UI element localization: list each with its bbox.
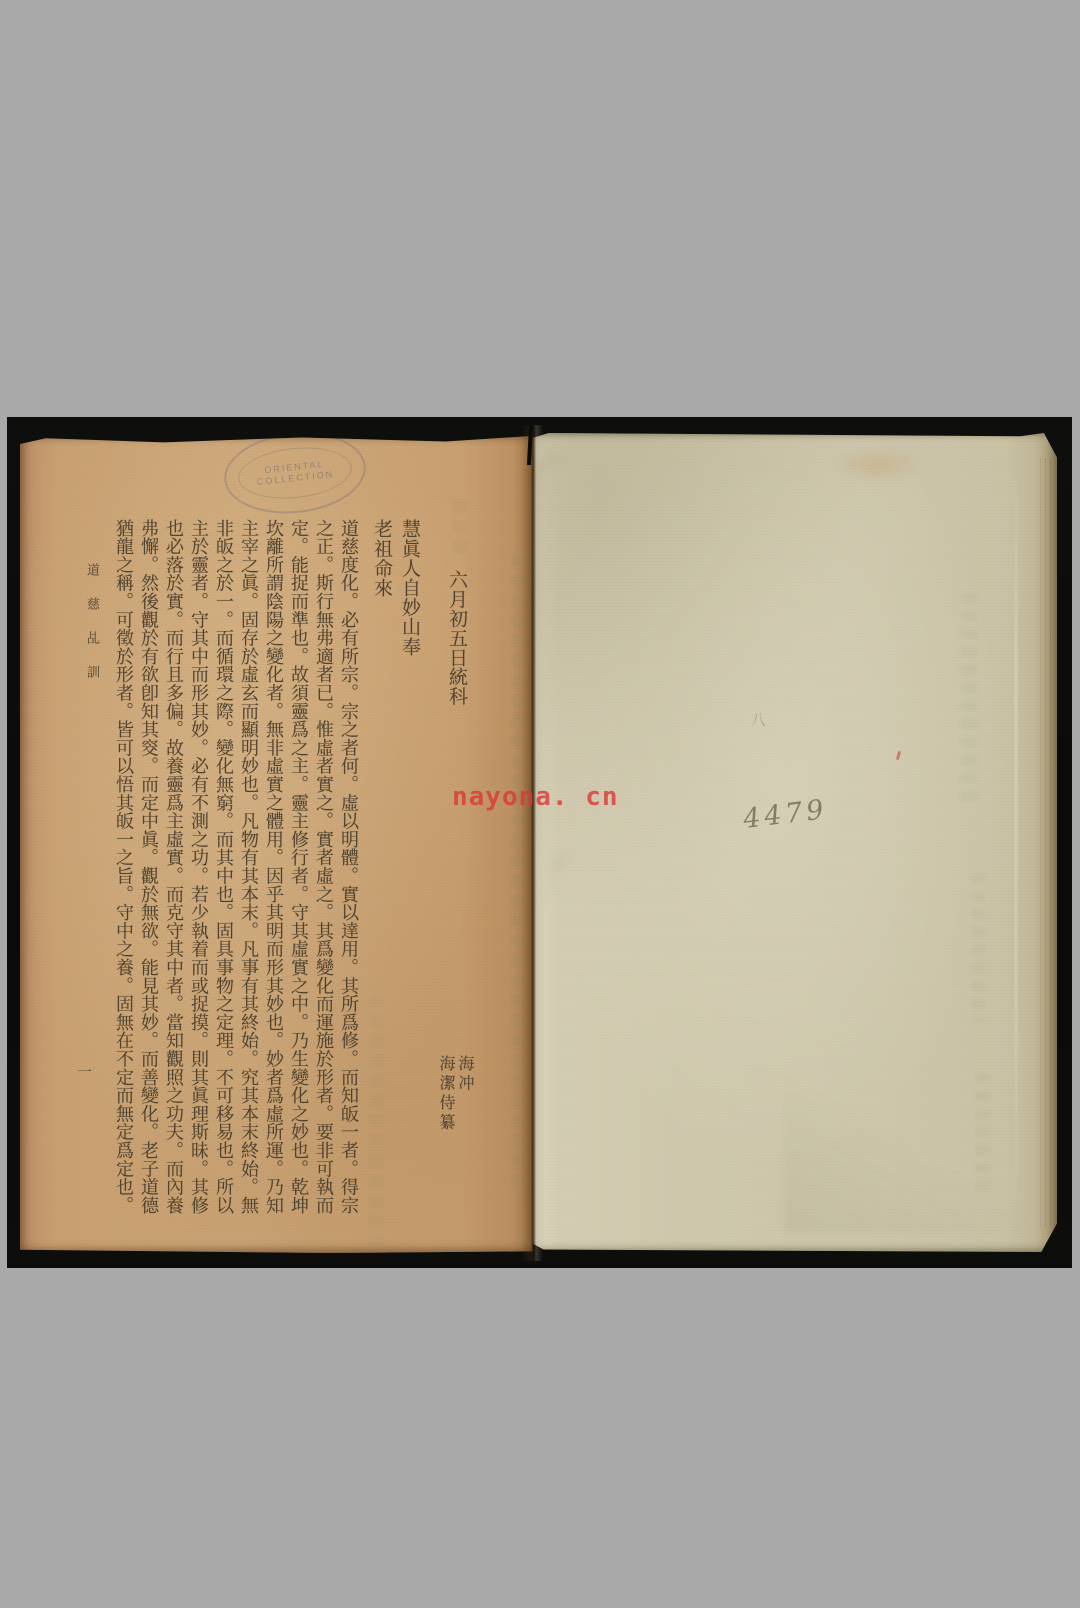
byline-column-revelator: 慧眞人自妙山奉 [400, 519, 419, 656]
scanned-book-screenshot: ORIENTAL COLLECTION 六月初五日統科 慧眞人自妙山奉 老祖命來… [0, 0, 1080, 1608]
page-number: 一 [77, 1061, 92, 1082]
paper-crease [1015, 449, 1017, 1235]
body-text-column: 坎離所謂陰陽之變化者。無非虛實之體用。因乎其明而形其妙也。妙者爲虛所運。乃知 [264, 519, 282, 1229]
compiler-column-1: 海冲 [457, 1055, 473, 1133]
byline-column-order: 老祖命來 [372, 519, 391, 597]
body-text-column: 非皈之於一。而循環之際。變化無窮。而其中也。固具事物之定理。不可移易也。所以 [214, 519, 232, 1229]
pencil-mark: 八 [751, 709, 766, 730]
red-fleck [896, 751, 901, 760]
paper-stain [833, 447, 923, 483]
paper-wrinkle [553, 853, 753, 1153]
paper-wrinkle [539, 453, 779, 673]
ghost-show-through [511, 555, 525, 1195]
body-text-column: 道慈度化。必有所宗。宗之者何。虛以明體。實以達用。其所爲修。而知皈一者。得宗 [339, 519, 357, 1229]
ghost-show-through [369, 995, 383, 1245]
ghost-show-through [453, 501, 467, 557]
ghost-show-through [975, 1073, 991, 1193]
date-heading-column: 六月初五日統科 [447, 570, 466, 706]
body-text-column: 定。能捉而準也。故須靈爲之主。靈主修行者。守其虛實之中。乃生變化之妙也。乾坤 [289, 519, 307, 1229]
body-text-column: 主於靈者。守其中而形其妙。必有不測之功。若少執着而或捉摸。則其眞理斯昧。其修 [189, 519, 207, 1229]
stacked-page-edge-line [1050, 458, 1051, 1228]
library-stamp-inner-ring: ORIENTAL COLLECTION [236, 442, 355, 504]
fore-edge-shading [1035, 433, 1057, 1252]
stacked-page-edge-line [1045, 458, 1046, 1228]
body-text-column: 猶龍之稱。可徵於形者。皆可以悟其皈一之旨。守中之養。固無在不定而無定爲定也。 [114, 519, 132, 1229]
right-page: 八 4479 [533, 433, 1057, 1252]
body-text-column: 之正。斯行無弗適者已。惟虛者實之。實者虛之。其爲變化而運施於形者。要非可執而 [314, 519, 332, 1229]
compiler-column-2: 海潔侍纂 [438, 1055, 454, 1133]
watermark: nayona. cn [452, 782, 619, 812]
stacked-page-edge-line [1040, 458, 1041, 1228]
ghost-show-through [961, 593, 977, 803]
compilers-note: 海冲 海潔侍纂 [438, 1055, 473, 1133]
ghost-show-through [971, 873, 985, 1023]
body-text-column: 弗懈。然後觀於有欲卽知其窔。而定中眞。觀於無欲。能見其妙。而善變化。老子道德 [139, 519, 157, 1229]
handwritten-accession-number: 4479 [741, 794, 829, 835]
body-text-column: 主宰之眞。固存於虛玄而顯明妙也。凡物有其本末。凡事有其終始。究其本末終始。無 [239, 519, 257, 1229]
body-text-column: 也必落於實。而行且多偏。故養靈爲主虛實。而克守其中者。當知觀照之功夫。而內養 [164, 519, 182, 1229]
margin-title-label: 道慈乩訓 [85, 563, 98, 699]
library-stamp: ORIENTAL COLLECTION [220, 426, 370, 520]
left-page: ORIENTAL COLLECTION 六月初五日統科 慧眞人自妙山奉 老祖命來… [20, 435, 533, 1253]
